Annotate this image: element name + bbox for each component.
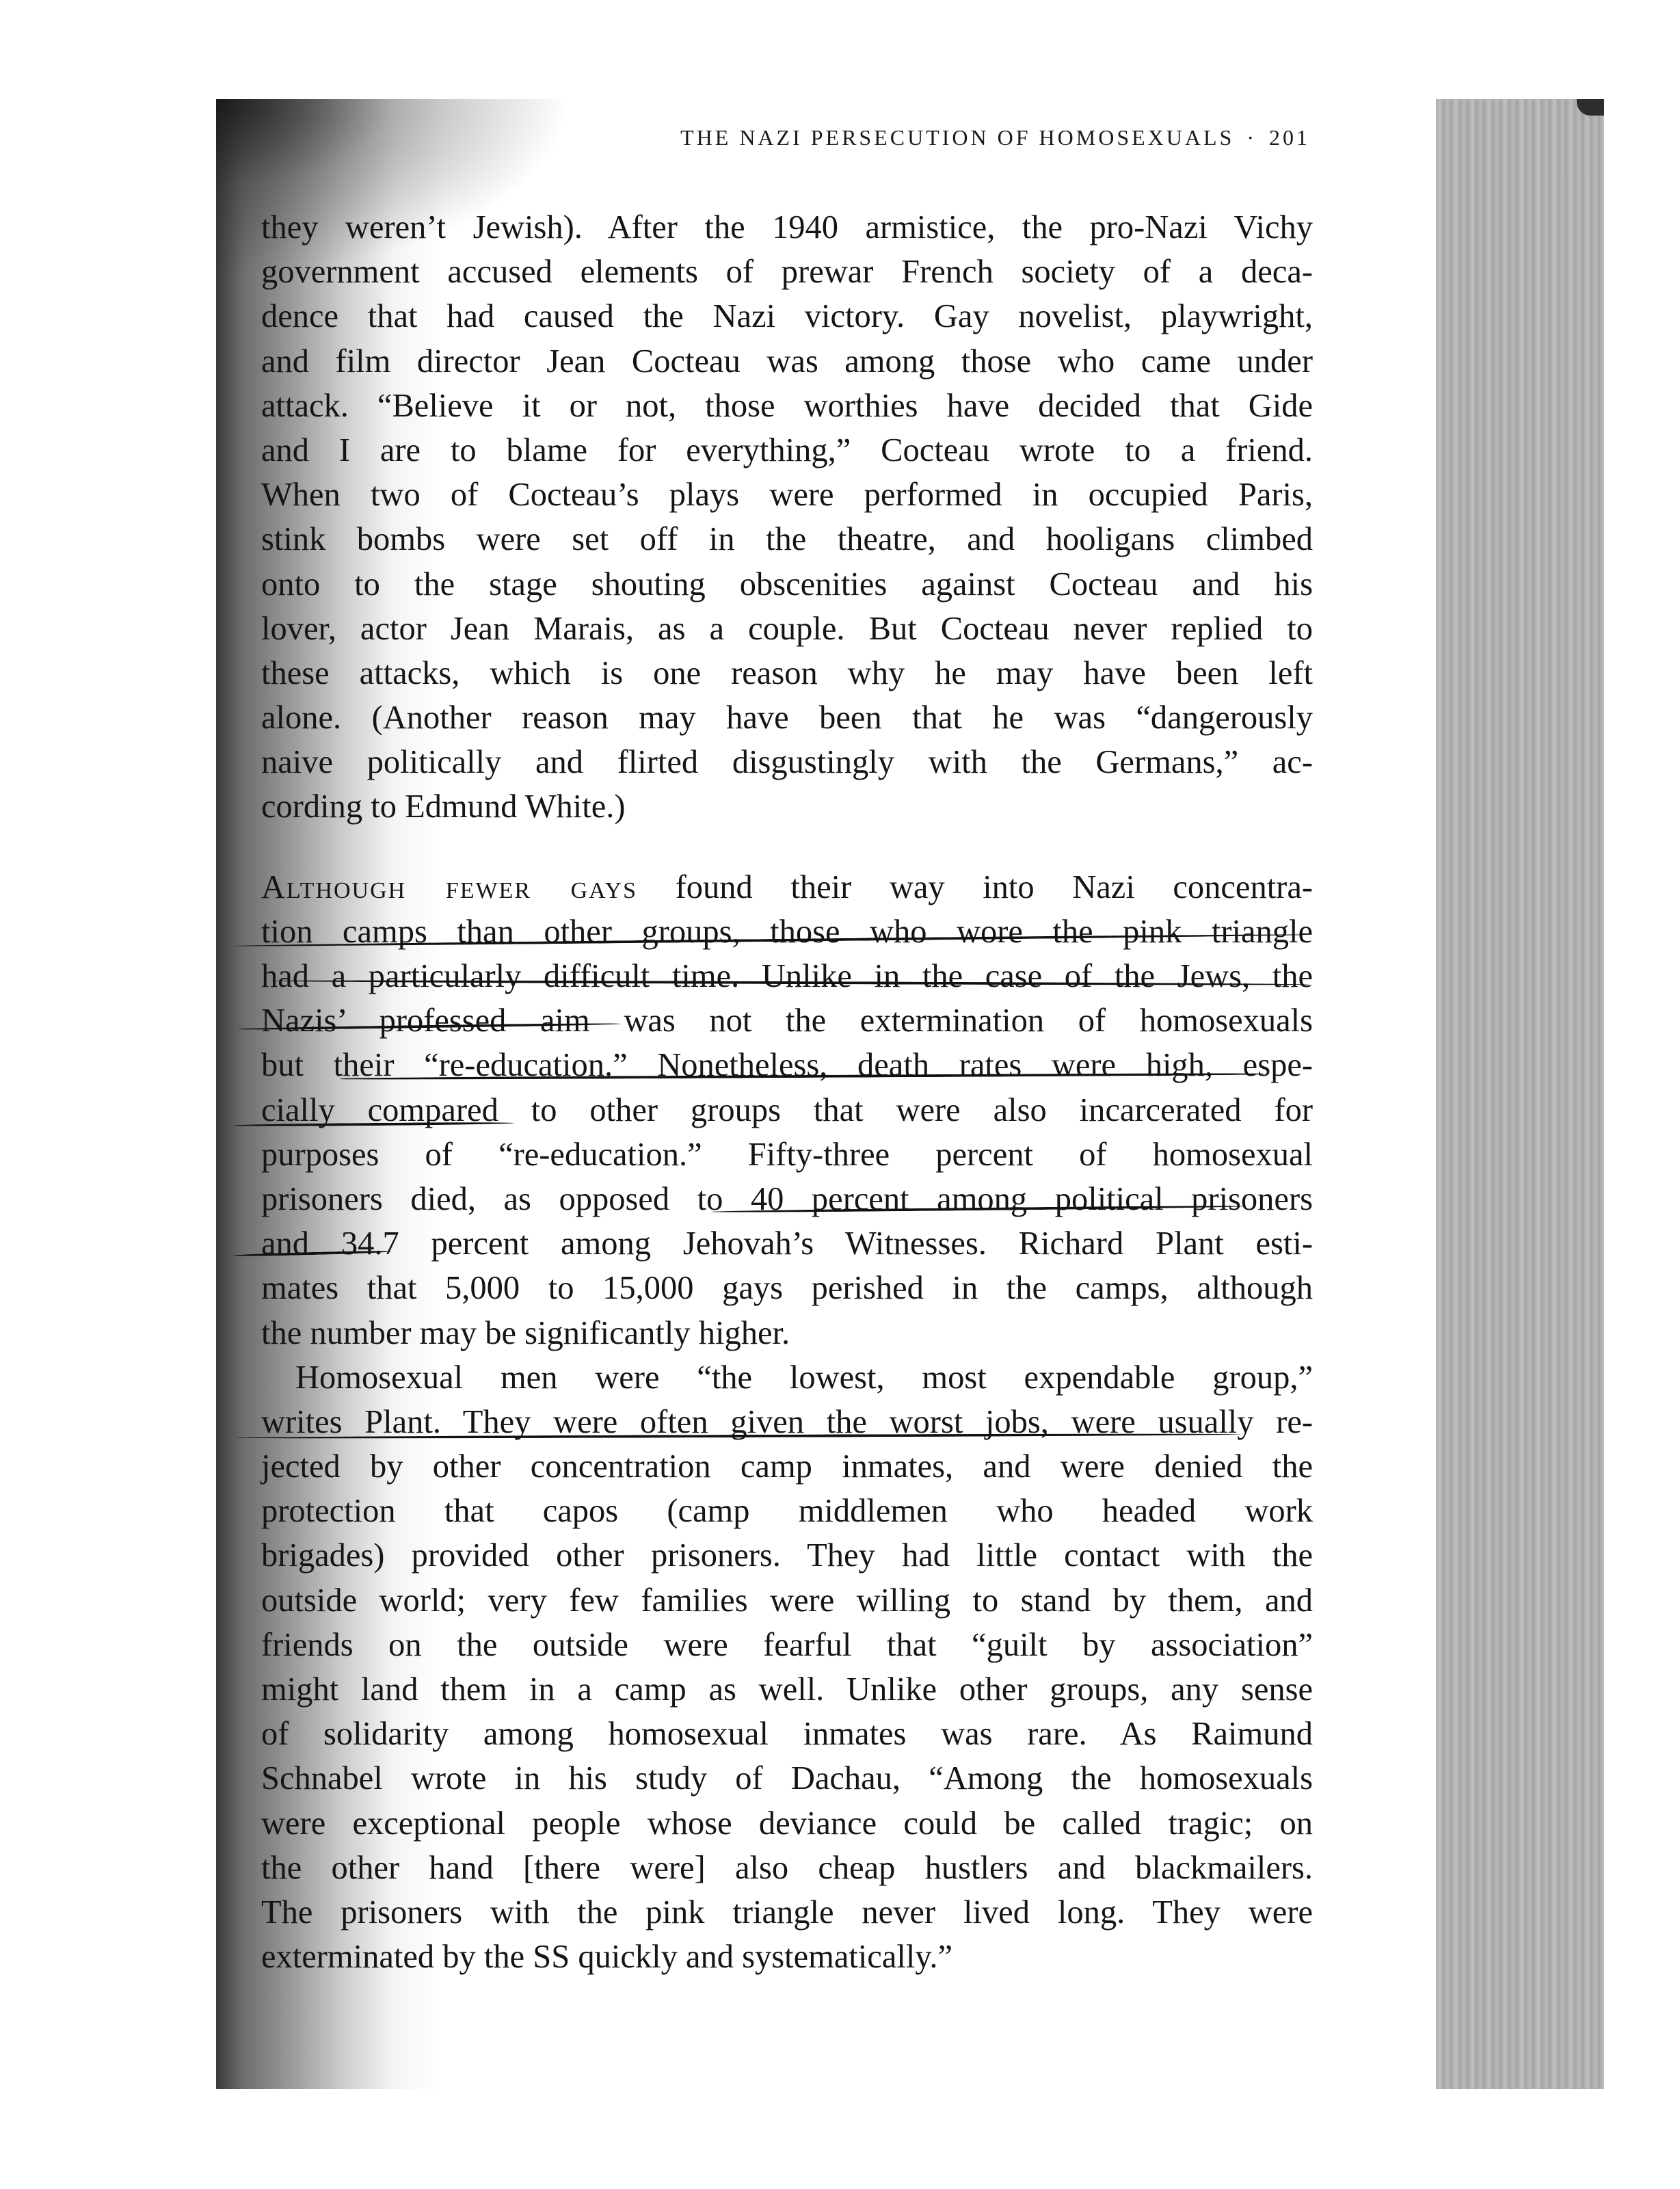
- text-line: cording to Edmund White.): [261, 784, 1313, 829]
- text-line: alone. (Another reason may have been tha…: [261, 695, 1313, 740]
- text-line: these attacks, which is one reason why h…: [261, 651, 1313, 695]
- text-line: Nazis’ professed aim was not the extermi…: [261, 998, 1313, 1043]
- page-number: 201: [1269, 125, 1310, 150]
- text-line: the other hand [there were] also cheap h…: [261, 1846, 1313, 1890]
- text-line: brigades) provided other prisoners. They…: [261, 1533, 1313, 1578]
- text-line: and I are to blame for everything,” Coct…: [261, 428, 1313, 473]
- body-text: they weren’t Jewish). After the 1940 arm…: [261, 205, 1313, 1979]
- text-line: had a particularly difficult time. Unlik…: [261, 954, 1313, 998]
- text-line: friends on the outside were fearful that…: [261, 1623, 1313, 1667]
- text-line: mates that 5,000 to 15,000 gays perished…: [261, 1266, 1313, 1310]
- text-line: exterminated by the SS quickly and syste…: [261, 1935, 1313, 1979]
- text-line-lead: Although fewer gays found their way into…: [261, 865, 1313, 910]
- text-line: purposes of “re-education.” Fifty-three …: [261, 1132, 1313, 1177]
- text-line: might land them in a camp as well. Unlik…: [261, 1667, 1313, 1712]
- text-line: tion camps than other groups, those who …: [261, 910, 1313, 954]
- text-line: the number may be significantly higher.: [261, 1311, 1313, 1355]
- text-line: naive politically and flirted disgusting…: [261, 740, 1313, 784]
- text-line: and 34.7 percent among Jehovah’s Witness…: [261, 1221, 1313, 1266]
- text-line: onto to the stage shouting obscenities a…: [261, 562, 1313, 607]
- text-line: The prisoners with the pink triangle nev…: [261, 1890, 1313, 1935]
- text-line: dence that had caused the Nazi victory. …: [261, 294, 1313, 339]
- text-line: outside world; very few families were wi…: [261, 1578, 1313, 1623]
- text-line: of solidarity among homosexual inmates w…: [261, 1712, 1313, 1756]
- text-line: Homosexual men were “the lowest, most ex…: [261, 1355, 1313, 1400]
- running-head-separator: ·: [1246, 125, 1257, 150]
- text-line: were exceptional people whose deviance c…: [261, 1801, 1313, 1846]
- text-line: Schnabel wrote in his study of Dachau, “…: [261, 1756, 1313, 1801]
- text-line: stink bombs were set off in the theatre,…: [261, 517, 1313, 561]
- text-line: cially compared to other groups that wer…: [261, 1088, 1313, 1132]
- running-head: THE NAZI PERSECUTION OF HOMOSEXUALS·201: [524, 125, 1310, 150]
- text-line: protection that capos (camp middlemen wh…: [261, 1489, 1313, 1533]
- text-line: prisoners died, as opposed to 40 percent…: [261, 1177, 1313, 1221]
- book-page-edge: [1436, 99, 1604, 2089]
- smallcaps-lead-in: Although fewer gays: [261, 869, 637, 905]
- text-line: and film director Jean Cocteau was among…: [261, 339, 1313, 384]
- text-line: government accused elements of prewar Fr…: [261, 250, 1313, 294]
- text-line: jected by other concentration camp inmat…: [261, 1444, 1313, 1489]
- paragraph-expendable: Homosexual men were “the lowest, most ex…: [261, 1355, 1313, 1980]
- text-line: but their “re-education.” Nonetheless, d…: [261, 1043, 1313, 1087]
- paragraph-cocteau: they weren’t Jewish). After the 1940 arm…: [261, 205, 1313, 830]
- lead-line-rest: found their way into Nazi concentra-: [637, 869, 1313, 905]
- running-head-title: THE NAZI PERSECUTION OF HOMOSEXUALS: [680, 125, 1234, 150]
- section-break: [261, 830, 1313, 865]
- text-line: attack. “Believe it or not, those worthi…: [261, 384, 1313, 428]
- text-line: they weren’t Jewish). After the 1940 arm…: [261, 205, 1313, 250]
- text-line: lover, actor Jean Marais, as a couple. B…: [261, 607, 1313, 651]
- text-line: When two of Cocteau’s plays were perform…: [261, 473, 1313, 517]
